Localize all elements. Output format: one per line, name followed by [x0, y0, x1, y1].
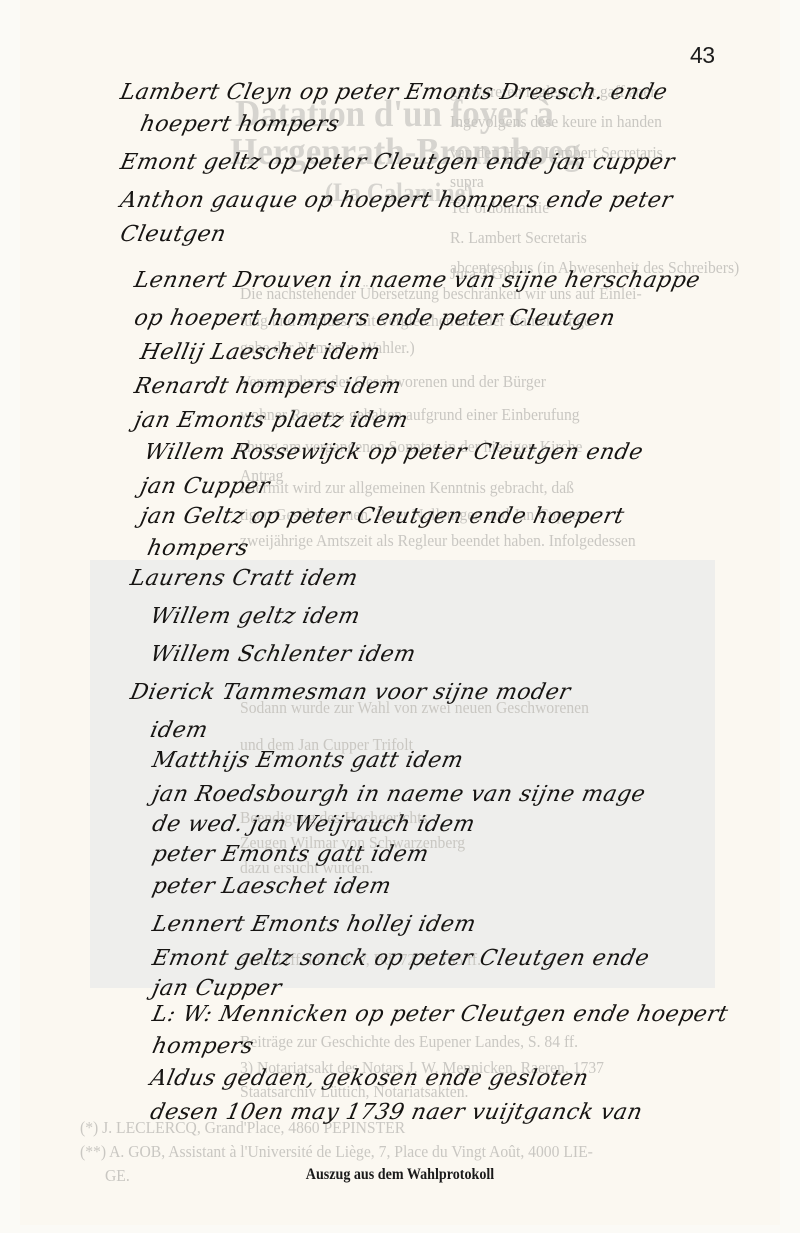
- handwritten-line: idem: [148, 718, 210, 743]
- handwritten-line: Dierick Tammesman voor sijne moder: [128, 680, 573, 705]
- handwritten-line: peter Laeschet idem: [150, 874, 394, 899]
- handwritten-line: Willem Rossewijck op peter Cleutgen ende: [142, 440, 646, 465]
- handwritten-line: Lennert Emonts hollej idem: [150, 912, 478, 937]
- handwritten-line: jan Roedsbourgh in naeme van sijne mage: [150, 782, 648, 807]
- handwritten-line: hoepert hompers: [138, 112, 342, 137]
- handwritten-line: L: W: Mennicken op peter Cleutgen ende h…: [150, 1002, 730, 1027]
- handwritten-line: jan Cupper: [150, 976, 284, 1001]
- handwritten-line: Willem Schlenter idem: [148, 642, 418, 667]
- handwritten-line: Anthon gauque op hoepert hompers ende pe…: [118, 188, 675, 213]
- handwritten-line: Aldus gedaen, gekosen ende gesloten: [148, 1066, 591, 1091]
- handwritten-line: jan Geltz op peter Cleutgen ende hoepert: [138, 504, 627, 529]
- handwritten-line: Lambert Cleyn op peter Emonts Dreesch. e…: [118, 80, 670, 105]
- handwritten-line: peter Emonts gatt idem: [150, 842, 431, 867]
- handwritten-line: Emont geltz sonck op peter Cleutgen ende: [150, 946, 652, 971]
- handwritten-line: de wed. jan Weijrauch idem: [150, 812, 477, 837]
- handwritten-line: Renardt hompers idem: [132, 374, 404, 399]
- handwritten-line: op hoepert hompers ende peter Cleutgen: [132, 306, 618, 331]
- page-number: 43: [690, 42, 715, 69]
- figure-caption: Auszug aus dem Wahlprotokoll: [48, 1166, 752, 1184]
- handwritten-line: Matthijs Emonts gatt idem: [150, 748, 466, 773]
- handwritten-line: Willem geltz idem: [148, 604, 363, 629]
- handwritten-line: Cleutgen: [118, 222, 228, 247]
- handwritten-line: jan Emonts plaetz idem: [132, 408, 411, 433]
- handwritten-line: hompers: [145, 536, 251, 561]
- handwritten-line: jan Cupper: [138, 474, 272, 499]
- handwritten-line: Emont geltz op peter Cleutgen ende jan c…: [118, 150, 677, 175]
- handwritten-line: Lennert Drouven in naeme van sijne hersc…: [132, 268, 703, 293]
- handwritten-line: Laurens Cratt idem: [128, 566, 360, 591]
- handwritten-line: hompers: [150, 1034, 256, 1059]
- handwritten-line: Hellij Laeschet idem: [138, 340, 383, 365]
- handwritten-line: desen 10en may 1739 naer vuijtganck van: [148, 1100, 645, 1125]
